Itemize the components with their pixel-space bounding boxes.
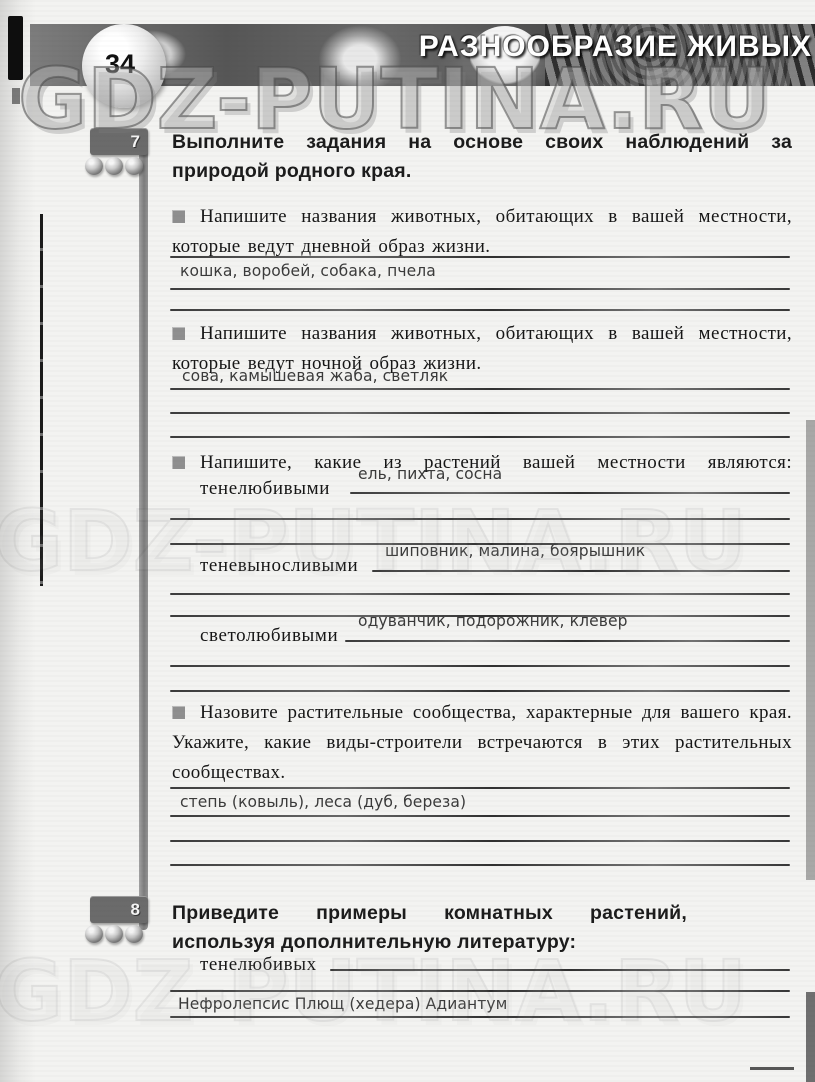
chapter-title: РАЗНООБРАЗИЕ ЖИВЫХ (402, 30, 812, 64)
task-connector-bar (139, 128, 148, 930)
label-shade-tolerant: теневыносливыми (200, 551, 358, 581)
task-8-intro: Приведите примеры комнатных растений, ис… (172, 899, 687, 957)
binding-mark-small (12, 88, 20, 104)
task-7-intro: Выполните задания на основе своих наблюд… (172, 128, 792, 186)
bead-icon (105, 925, 123, 943)
answer-line[interactable] (170, 518, 790, 520)
answer-line[interactable] (170, 787, 790, 789)
answer-line[interactable] (170, 815, 790, 817)
bead-icon (125, 925, 143, 943)
answer-line[interactable] (170, 436, 790, 438)
bead-icon (85, 157, 103, 175)
label-light-loving: светолюбивыми (200, 621, 338, 651)
page-number-ball: 34 (82, 24, 166, 108)
answer-line[interactable] (345, 640, 790, 642)
answer-line[interactable] (170, 593, 790, 595)
answer-line[interactable] (170, 665, 790, 667)
scan-artifact-line (750, 1067, 794, 1070)
answer-line[interactable] (330, 969, 790, 971)
label-shade-loving: тенелюбивыми (200, 474, 330, 504)
bead-icon (105, 157, 123, 175)
answer-line[interactable] (170, 840, 790, 842)
prompt-text: Назовите растительные сообщества, характ… (172, 702, 792, 783)
workbook-page: РАЗНООБРАЗИЕ ЖИВЫХ 34 GDZ-PUTINA.RU GDZ-… (0, 0, 815, 1082)
bead-icon (125, 157, 143, 175)
answer-line[interactable] (170, 864, 790, 866)
page-edge-shadow (806, 992, 815, 1082)
answer-shade-tolerant: шиповник, малина, боярышник (385, 541, 645, 560)
page-edge-shadow (806, 420, 815, 880)
prompt-text: Напишите названия животных, обитающих в … (172, 206, 792, 257)
answer-line[interactable] (170, 990, 790, 992)
bullet-square-icon (172, 327, 185, 340)
answer-houseplants: Нефролепсис Плющ (хедера) Адиантум (178, 994, 507, 1013)
task-8-beads (85, 925, 145, 944)
page-number: 34 (105, 49, 135, 80)
margin-dashed-line (40, 214, 43, 586)
task-8-badge: 8 (90, 896, 148, 923)
answer-light-loving: одуванчик, подорожник, клевер (358, 611, 628, 630)
bullet-square-icon (172, 706, 185, 719)
task-7-beads (85, 157, 145, 176)
answer-line[interactable] (170, 412, 790, 414)
answer-day-animals: кошка, воробей, собака, пчела (180, 261, 436, 280)
label-shade-loving-houseplants: тенелюбивых (200, 950, 317, 980)
task-8-number: 8 (131, 900, 148, 920)
answer-line[interactable] (170, 256, 790, 258)
prompt-plant-communities: Назовите растительные сообщества, характ… (172, 698, 792, 788)
binding-mark (8, 16, 23, 80)
answer-line[interactable] (170, 388, 790, 390)
bullet-square-icon (172, 210, 185, 223)
bead-icon (85, 925, 103, 943)
answer-line[interactable] (372, 570, 790, 572)
answer-shade-loving: ель, пихта, сосна (358, 464, 502, 483)
answer-line[interactable] (170, 309, 790, 311)
answer-line[interactable] (170, 690, 790, 692)
answer-night-animals: сова, камышевая жаба, светляк (182, 366, 448, 385)
answer-plant-communities: степь (ковыль), леса (дуб, береза) (180, 792, 466, 811)
task-7-badge: 7 (90, 128, 148, 155)
task-7-number: 7 (131, 132, 148, 152)
left-scan-shading (0, 0, 36, 1082)
answer-line[interactable] (350, 492, 790, 494)
prompt-day-animals: Напишите названия животных, обитающих в … (172, 202, 792, 262)
bullet-square-icon (172, 456, 185, 469)
answer-line[interactable] (170, 1016, 790, 1018)
answer-line[interactable] (170, 288, 790, 290)
